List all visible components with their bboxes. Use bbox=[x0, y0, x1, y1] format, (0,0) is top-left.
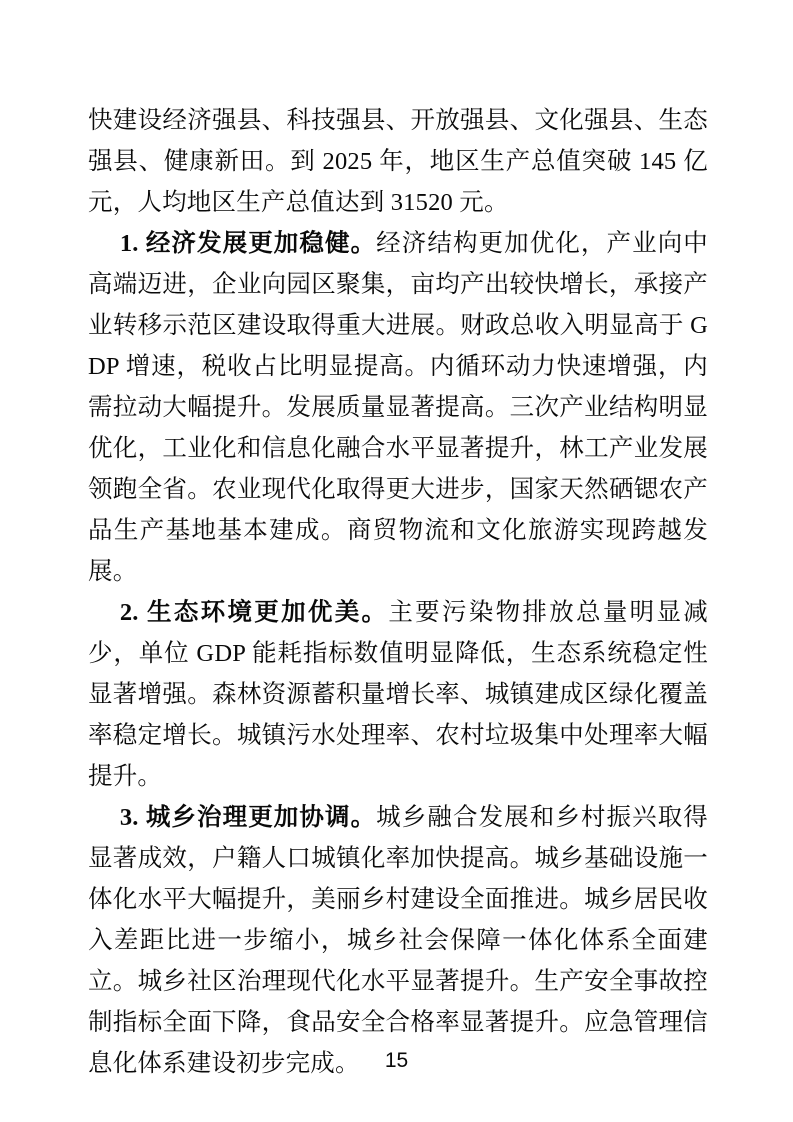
page-number: 15 bbox=[0, 1047, 793, 1075]
paragraph-lead-heading: 1. 经济发展更加稳健。 bbox=[120, 230, 376, 257]
paragraph-continuation: 快建设经济强县、科技强县、开放强县、文化强县、生态强县、健康新田。到 2025 … bbox=[88, 100, 708, 223]
paragraph-text: 经济结构更加优化，产业向中高端迈进，企业向园区聚集，亩均产出较快增长，承接产业转… bbox=[88, 230, 708, 585]
paragraph-item-1: 1. 经济发展更加稳健。经济结构更加优化，产业向中高端迈进，企业向园区聚集，亩均… bbox=[88, 223, 708, 592]
paragraph-item-3: 3. 城乡治理更加协调。城乡融合发展和乡村振兴取得显著成效，户籍人口城镇化率加快… bbox=[88, 797, 708, 1084]
paragraph-text: 主要污染物排放总量明显减少，单位 GDP 能耗指标数值明显降低，生态系统稳定性显… bbox=[88, 599, 708, 790]
document-page: 快建设经济强县、科技强县、开放强县、文化强县、生态强县、健康新田。到 2025 … bbox=[0, 0, 793, 1122]
page-body: 快建设经济强县、科技强县、开放强县、文化强县、生态强县、健康新田。到 2025 … bbox=[88, 100, 708, 1084]
paragraph-text: 快建设经济强县、科技强县、开放强县、文化强县、生态强县、健康新田。到 2025 … bbox=[88, 107, 708, 216]
paragraph-lead-heading: 3. 城乡治理更加协调。 bbox=[120, 804, 376, 831]
paragraph-lead-heading: 2. 生态环境更加优美。 bbox=[120, 599, 389, 626]
paragraph-item-2: 2. 生态环境更加优美。主要污染物排放总量明显减少，单位 GDP 能耗指标数值明… bbox=[88, 592, 708, 797]
paragraph-text: 城乡融合发展和乡村振兴取得显著成效，户籍人口城镇化率加快提高。城乡基础设施一体化… bbox=[88, 804, 708, 1077]
